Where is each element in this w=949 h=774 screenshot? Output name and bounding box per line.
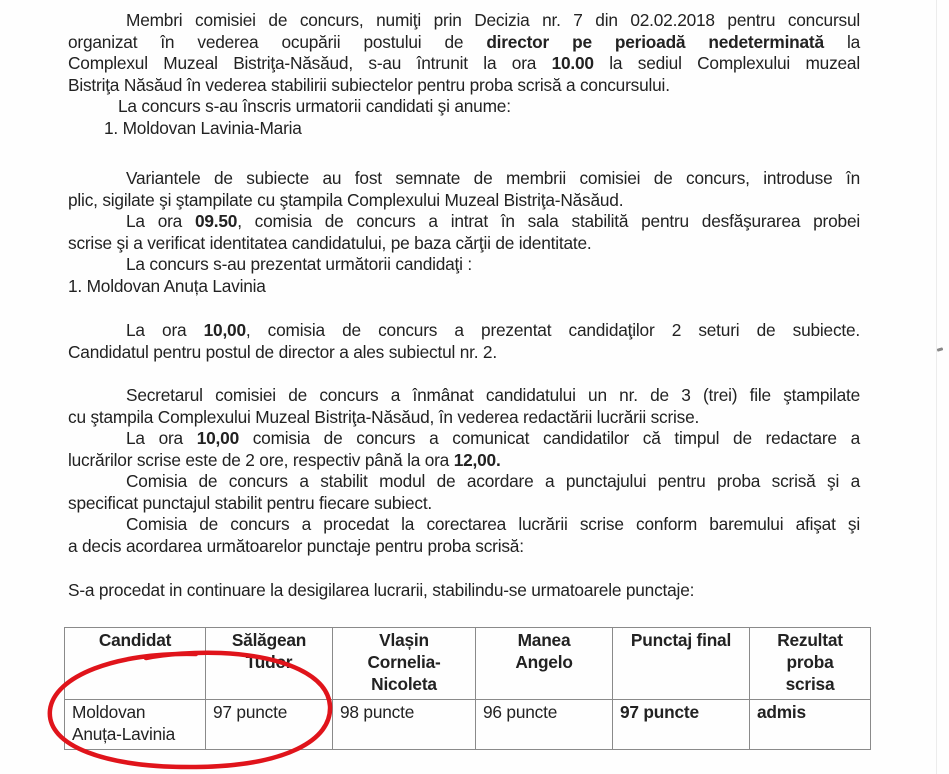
text-line: S-a procedat in continuare la desigilare… xyxy=(68,580,860,602)
paragraph-subjects: Variantele de subiecte au fost semnate d… xyxy=(68,168,860,297)
present-intro: La concurs s-au prezentat următorii cand… xyxy=(68,254,860,276)
text-line: organizat în vederea ocupării postului d… xyxy=(68,32,860,54)
text-line: Comisia de concurs a procedat la corecta… xyxy=(68,514,860,536)
cell-line: Moldovan xyxy=(72,701,198,723)
header-result: Rezultat proba scrisa xyxy=(750,628,871,700)
text-line: Bistriţa Năsăud în vederea stabilirii su… xyxy=(68,75,860,97)
cell-candidate: Moldovan Anuța-Lavinia xyxy=(65,700,206,750)
header-final-score: Punctaj final xyxy=(613,628,750,700)
scan-speck xyxy=(937,347,944,351)
results-table: Candidat Sălăgean Tudor Vlașin Cornelia-… xyxy=(64,627,871,750)
text-line: lucrărilor scrise este de 2 ore, respect… xyxy=(68,450,860,472)
header-line: Cornelia- xyxy=(340,651,468,673)
header-line: Manea xyxy=(483,629,605,651)
bold-time: 09.50 xyxy=(195,211,237,231)
text-line: Complexul Muzeal Bistriţa-Năsăud, s-au î… xyxy=(68,53,860,75)
text-span: La ora xyxy=(126,320,204,340)
text-line: La ora 10,00, comisia de concurs a preze… xyxy=(68,320,860,342)
scanned-document-page: Membri comisiei de concurs, numiţi prin … xyxy=(0,0,949,774)
cell-salagean-score: 97 puncte xyxy=(206,700,333,750)
enrolled-intro: La concurs s-au înscris urmatorii candid… xyxy=(68,96,860,118)
text-line: a decis acordarea următoarelor punctaje … xyxy=(68,536,860,558)
header-line: Rezultat xyxy=(757,629,863,651)
text-line: La ora 10,00 comisia de concurs a comuni… xyxy=(68,428,860,450)
text-line: Membri comisiei de concurs, numiţi prin … xyxy=(68,10,860,32)
text-line: Candidatul pentru postul de director a a… xyxy=(68,342,860,364)
paragraph-procedure: Secretarul comisiei de concurs a înmânat… xyxy=(68,385,860,557)
header-line: Angelo xyxy=(483,651,605,673)
header-vlasin: Vlașin Cornelia- Nicoleta xyxy=(333,628,476,700)
cell-line: Anuța-Lavinia xyxy=(72,723,198,745)
cell-manea-score: 96 puncte xyxy=(476,700,613,750)
text-line: scrise şi a verificat identitatea candid… xyxy=(68,233,860,255)
text-span: , comisia de concurs a intrat în sala st… xyxy=(237,211,860,231)
bold-time: 10,00 xyxy=(197,428,239,448)
bold-position: director pe perioadă nedeterminată xyxy=(486,32,824,52)
header-line: Nicoleta xyxy=(340,673,468,695)
text-line: Variantele de subiecte au fost semnate d… xyxy=(68,168,860,190)
paragraph-unsealing: S-a procedat in continuare la desigilare… xyxy=(68,580,860,602)
text-span: , comisia de concurs a prezentat candida… xyxy=(246,320,860,340)
header-line: Punctaj final xyxy=(620,629,742,651)
header-line: Sălăgean xyxy=(213,629,325,651)
page-edge-line xyxy=(936,0,937,774)
bold-time: 10,00 xyxy=(204,320,246,340)
text-span: organizat în vederea ocupării postului d… xyxy=(68,32,486,52)
text-line: plic, sigilate şi ştampilate cu ştampila… xyxy=(68,190,860,212)
text-line: Comisia de concurs a stabilit modul de a… xyxy=(68,471,860,493)
cell-result: admis xyxy=(750,700,871,750)
header-line: Candidat xyxy=(72,629,198,651)
enrolled-candidate: 1. Moldovan Lavinia-Maria xyxy=(68,118,860,140)
text-span: lucrărilor scrise este de 2 ore, respect… xyxy=(68,450,454,470)
table-row: Moldovan Anuța-Lavinia 97 puncte 98 punc… xyxy=(65,700,871,750)
text-span: la sediul Complexului muzeal xyxy=(594,53,860,73)
paragraph-committee-meeting: Membri comisiei de concurs, numiţi prin … xyxy=(68,10,860,139)
text-span: La ora xyxy=(126,428,197,448)
text-line: La ora 09.50, comisia de concurs a intra… xyxy=(68,211,860,233)
table-header-row: Candidat Sălăgean Tudor Vlașin Cornelia-… xyxy=(65,628,871,700)
text-span: Complexul Muzeal Bistriţa-Năsăud, s-au î… xyxy=(68,53,552,73)
text-line: specificat punctajul stabilit pentru fie… xyxy=(68,493,860,515)
text-span: La ora xyxy=(126,211,195,231)
header-candidate: Candidat xyxy=(65,628,206,700)
text-span: comisia de concurs a comunicat candidati… xyxy=(239,428,860,448)
header-manea: Manea Angelo xyxy=(476,628,613,700)
header-line: Vlașin xyxy=(340,629,468,651)
header-line: Tudor xyxy=(213,651,325,673)
text-line: cu ştampila Complexului Muzeal Bistriţa-… xyxy=(68,407,860,429)
paragraph-subject-sets: La ora 10,00, comisia de concurs a preze… xyxy=(68,320,860,363)
bold-time: 12,00. xyxy=(454,450,501,470)
bold-time: 10.00 xyxy=(552,53,594,73)
cell-final-score: 97 puncte xyxy=(613,700,750,750)
present-candidate: 1. Moldovan Anuța Lavinia xyxy=(68,276,860,298)
header-line: scrisa xyxy=(757,673,863,695)
header-salagean: Sălăgean Tudor xyxy=(206,628,333,700)
cell-vlasin-score: 98 puncte xyxy=(333,700,476,750)
header-line: proba xyxy=(757,651,863,673)
text-span: la xyxy=(824,32,860,52)
text-line: Secretarul comisiei de concurs a înmânat… xyxy=(68,385,860,407)
